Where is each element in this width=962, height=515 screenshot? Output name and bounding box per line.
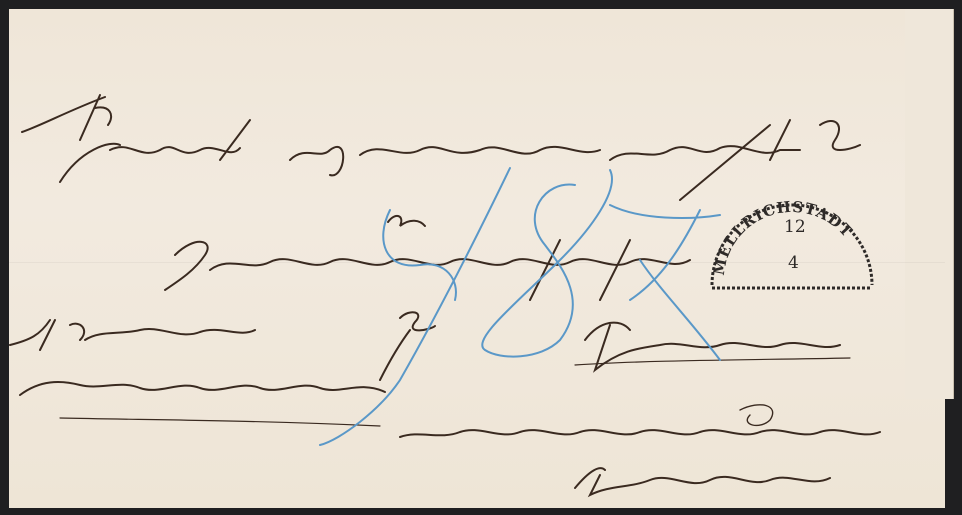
- postmark-city: MELLRICHSTADT: [710, 198, 857, 277]
- postmark-day: 12: [784, 217, 806, 237]
- postmark-month: 4: [788, 253, 799, 273]
